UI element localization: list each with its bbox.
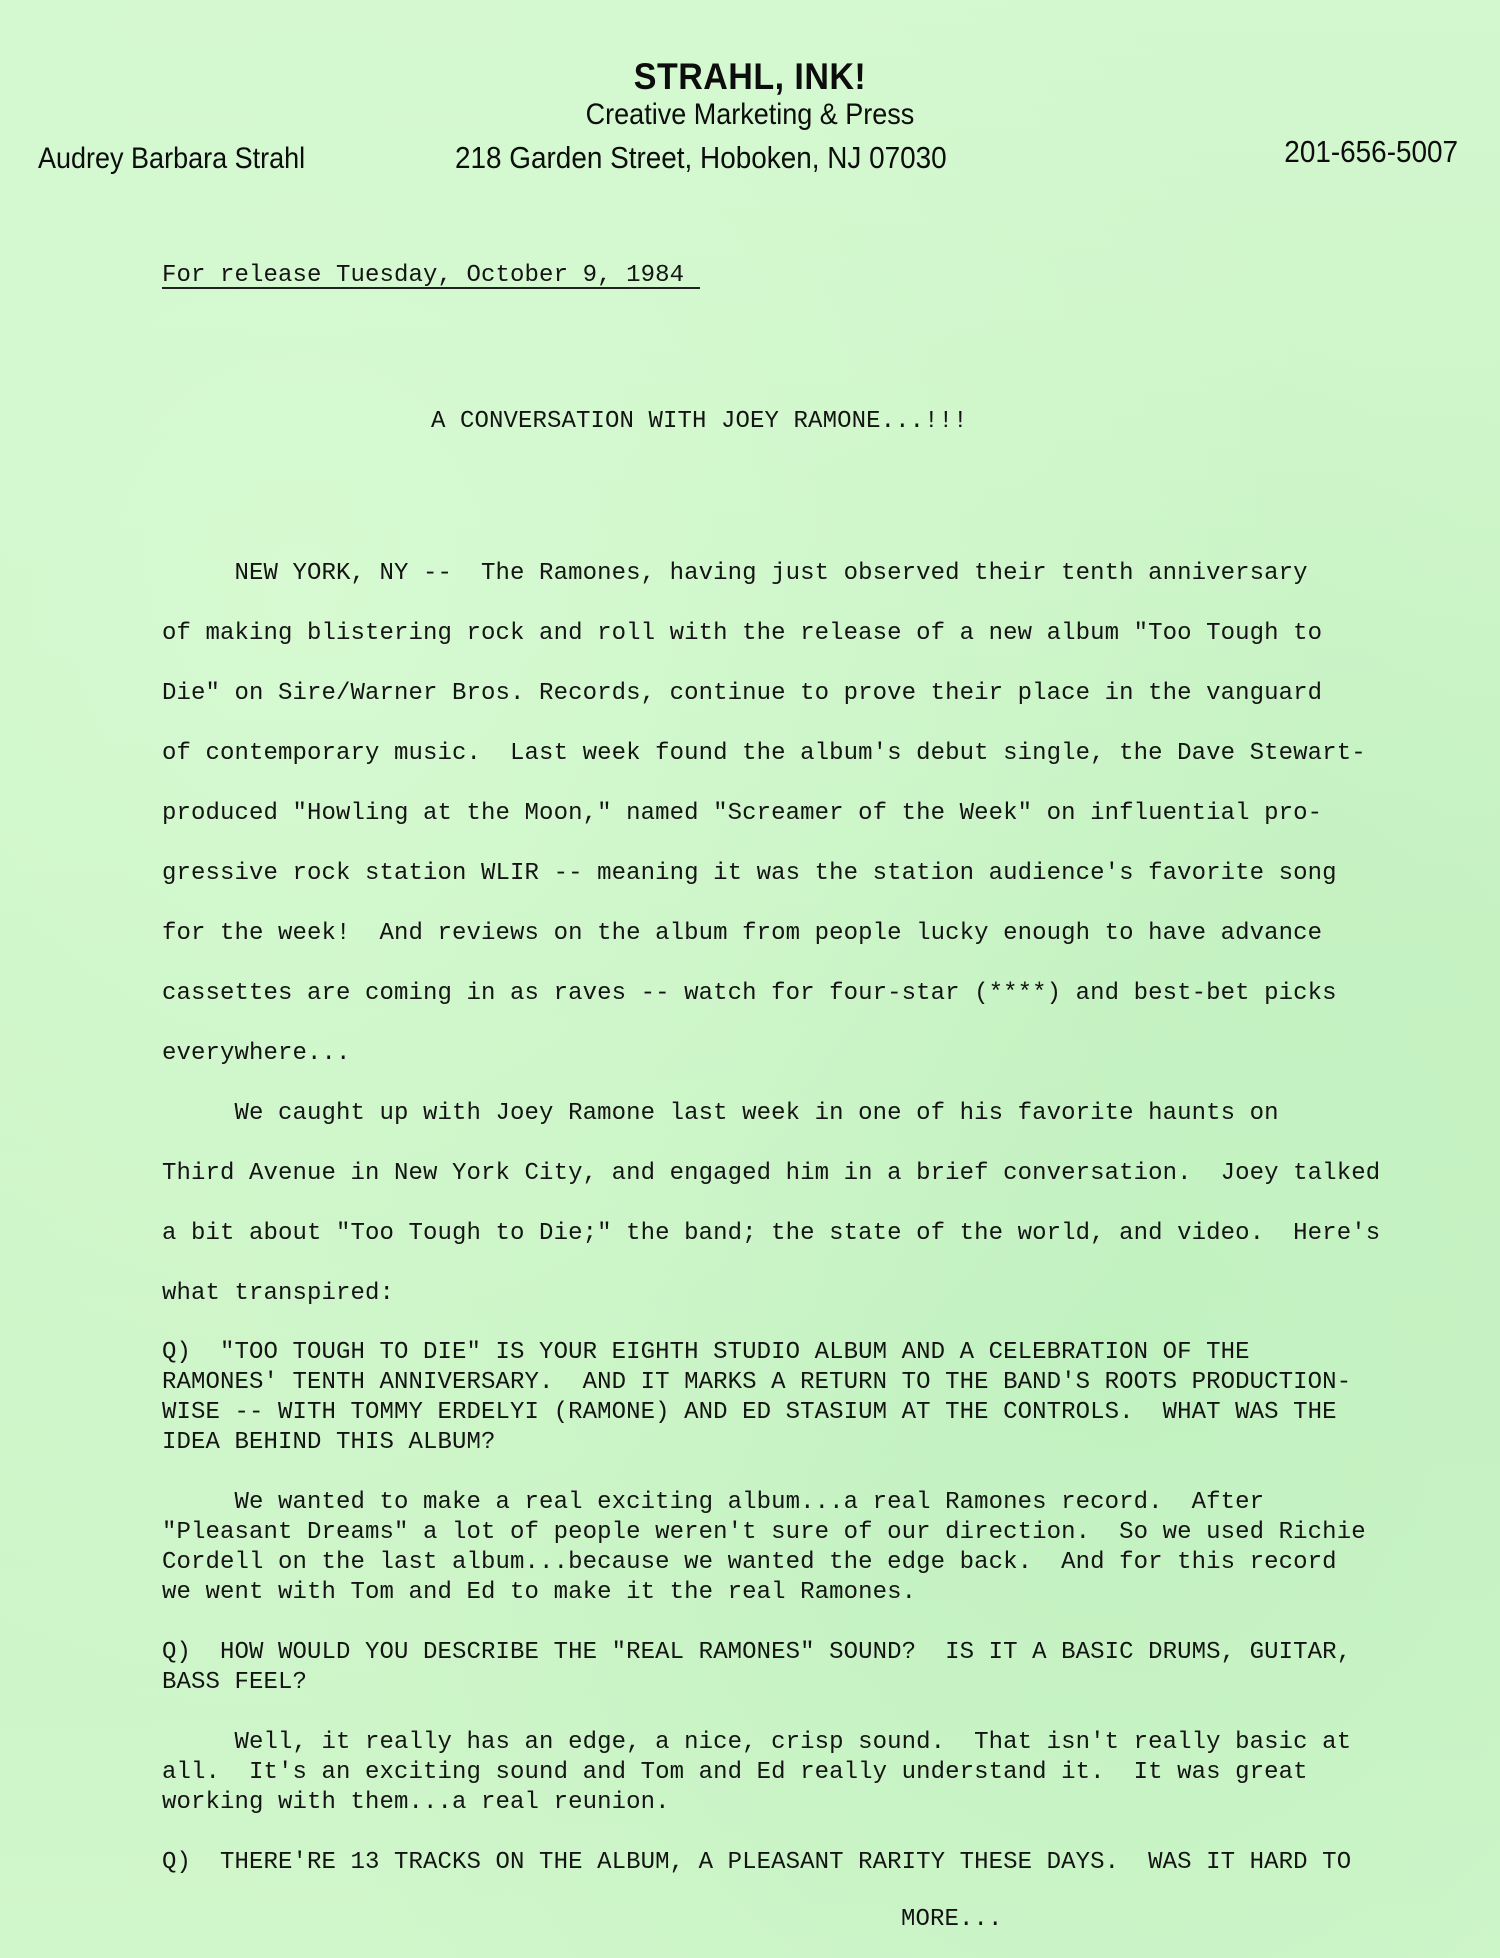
continued-marker: MORE... xyxy=(901,1908,1003,1932)
body-line: what transpired: xyxy=(162,1282,394,1306)
question-line: Q) THERE'RE 13 TRACKS ON THE ALBUM, A PL… xyxy=(162,1851,1351,1875)
answer-line: working with them...a real reunion. xyxy=(162,1791,670,1815)
release-underline xyxy=(162,287,700,289)
body-line: of making blistering rock and roll with … xyxy=(162,622,1322,646)
body-line: gressive rock station WLIR -- meaning it… xyxy=(162,862,1337,886)
question-line: Q) HOW WOULD YOU DESCRIBE THE "REAL RAMO… xyxy=(162,1641,1351,1665)
body-line: for the week! And reviews on the album f… xyxy=(162,922,1322,946)
body-line: cassettes are coming in as raves -- watc… xyxy=(162,982,1337,1006)
firm-tagline: Creative Marketing & Press xyxy=(75,98,1425,132)
body-line: a bit about "Too Tough to Die;" the band… xyxy=(162,1222,1380,1246)
question-line: BASS FEEL? xyxy=(162,1671,307,1695)
firm-name: STRAHL, INK! xyxy=(60,56,1440,98)
answer-line: We wanted to make a real exciting album.… xyxy=(162,1491,1264,1515)
body-line: NEW YORK, NY -- The Ramones, having just… xyxy=(162,562,1308,586)
body-line: Third Avenue in New York City, and engag… xyxy=(162,1162,1380,1186)
answer-line: Cordell on the last album...because we w… xyxy=(162,1551,1337,1575)
question-line: IDEA BEHIND THIS ALBUM? xyxy=(162,1431,496,1455)
body-line: produced "Howling at the Moon," named "S… xyxy=(162,802,1322,826)
contact-name: Audrey Barbara Strahl xyxy=(38,142,305,176)
headline: A CONVERSATION WITH JOEY RAMONE...!!! xyxy=(431,410,968,434)
firm-phone: 201-656-5007 xyxy=(1284,134,1458,170)
answer-line: "Pleasant Dreams" a lot of people weren'… xyxy=(162,1521,1366,1545)
answer-line: we went with Tom and Ed to make it the r… xyxy=(162,1581,916,1605)
release-date-line: For release Tuesday, October 9, 1984 xyxy=(162,264,684,288)
question-line: Q) "TOO TOUGH TO DIE" IS YOUR EIGHTH STU… xyxy=(162,1341,1250,1365)
body-line: Die" on Sire/Warner Bros. Records, conti… xyxy=(162,682,1322,706)
body-line: everywhere... xyxy=(162,1042,351,1066)
firm-address: 218 Garden Street, Hoboken, NJ 07030 xyxy=(455,140,947,176)
body-line: of contemporary music. Last week found t… xyxy=(162,742,1366,766)
body-line: We caught up with Joey Ramone last week … xyxy=(162,1102,1279,1126)
answer-line: all. It's an exciting sound and Tom and … xyxy=(162,1761,1308,1785)
question-line: RAMONES' TENTH ANNIVERSARY. AND IT MARKS… xyxy=(162,1371,1351,1395)
question-line: WISE -- WITH TOMMY ERDELYI (RAMONE) AND … xyxy=(162,1401,1337,1425)
answer-line: Well, it really has an edge, a nice, cri… xyxy=(162,1731,1351,1755)
